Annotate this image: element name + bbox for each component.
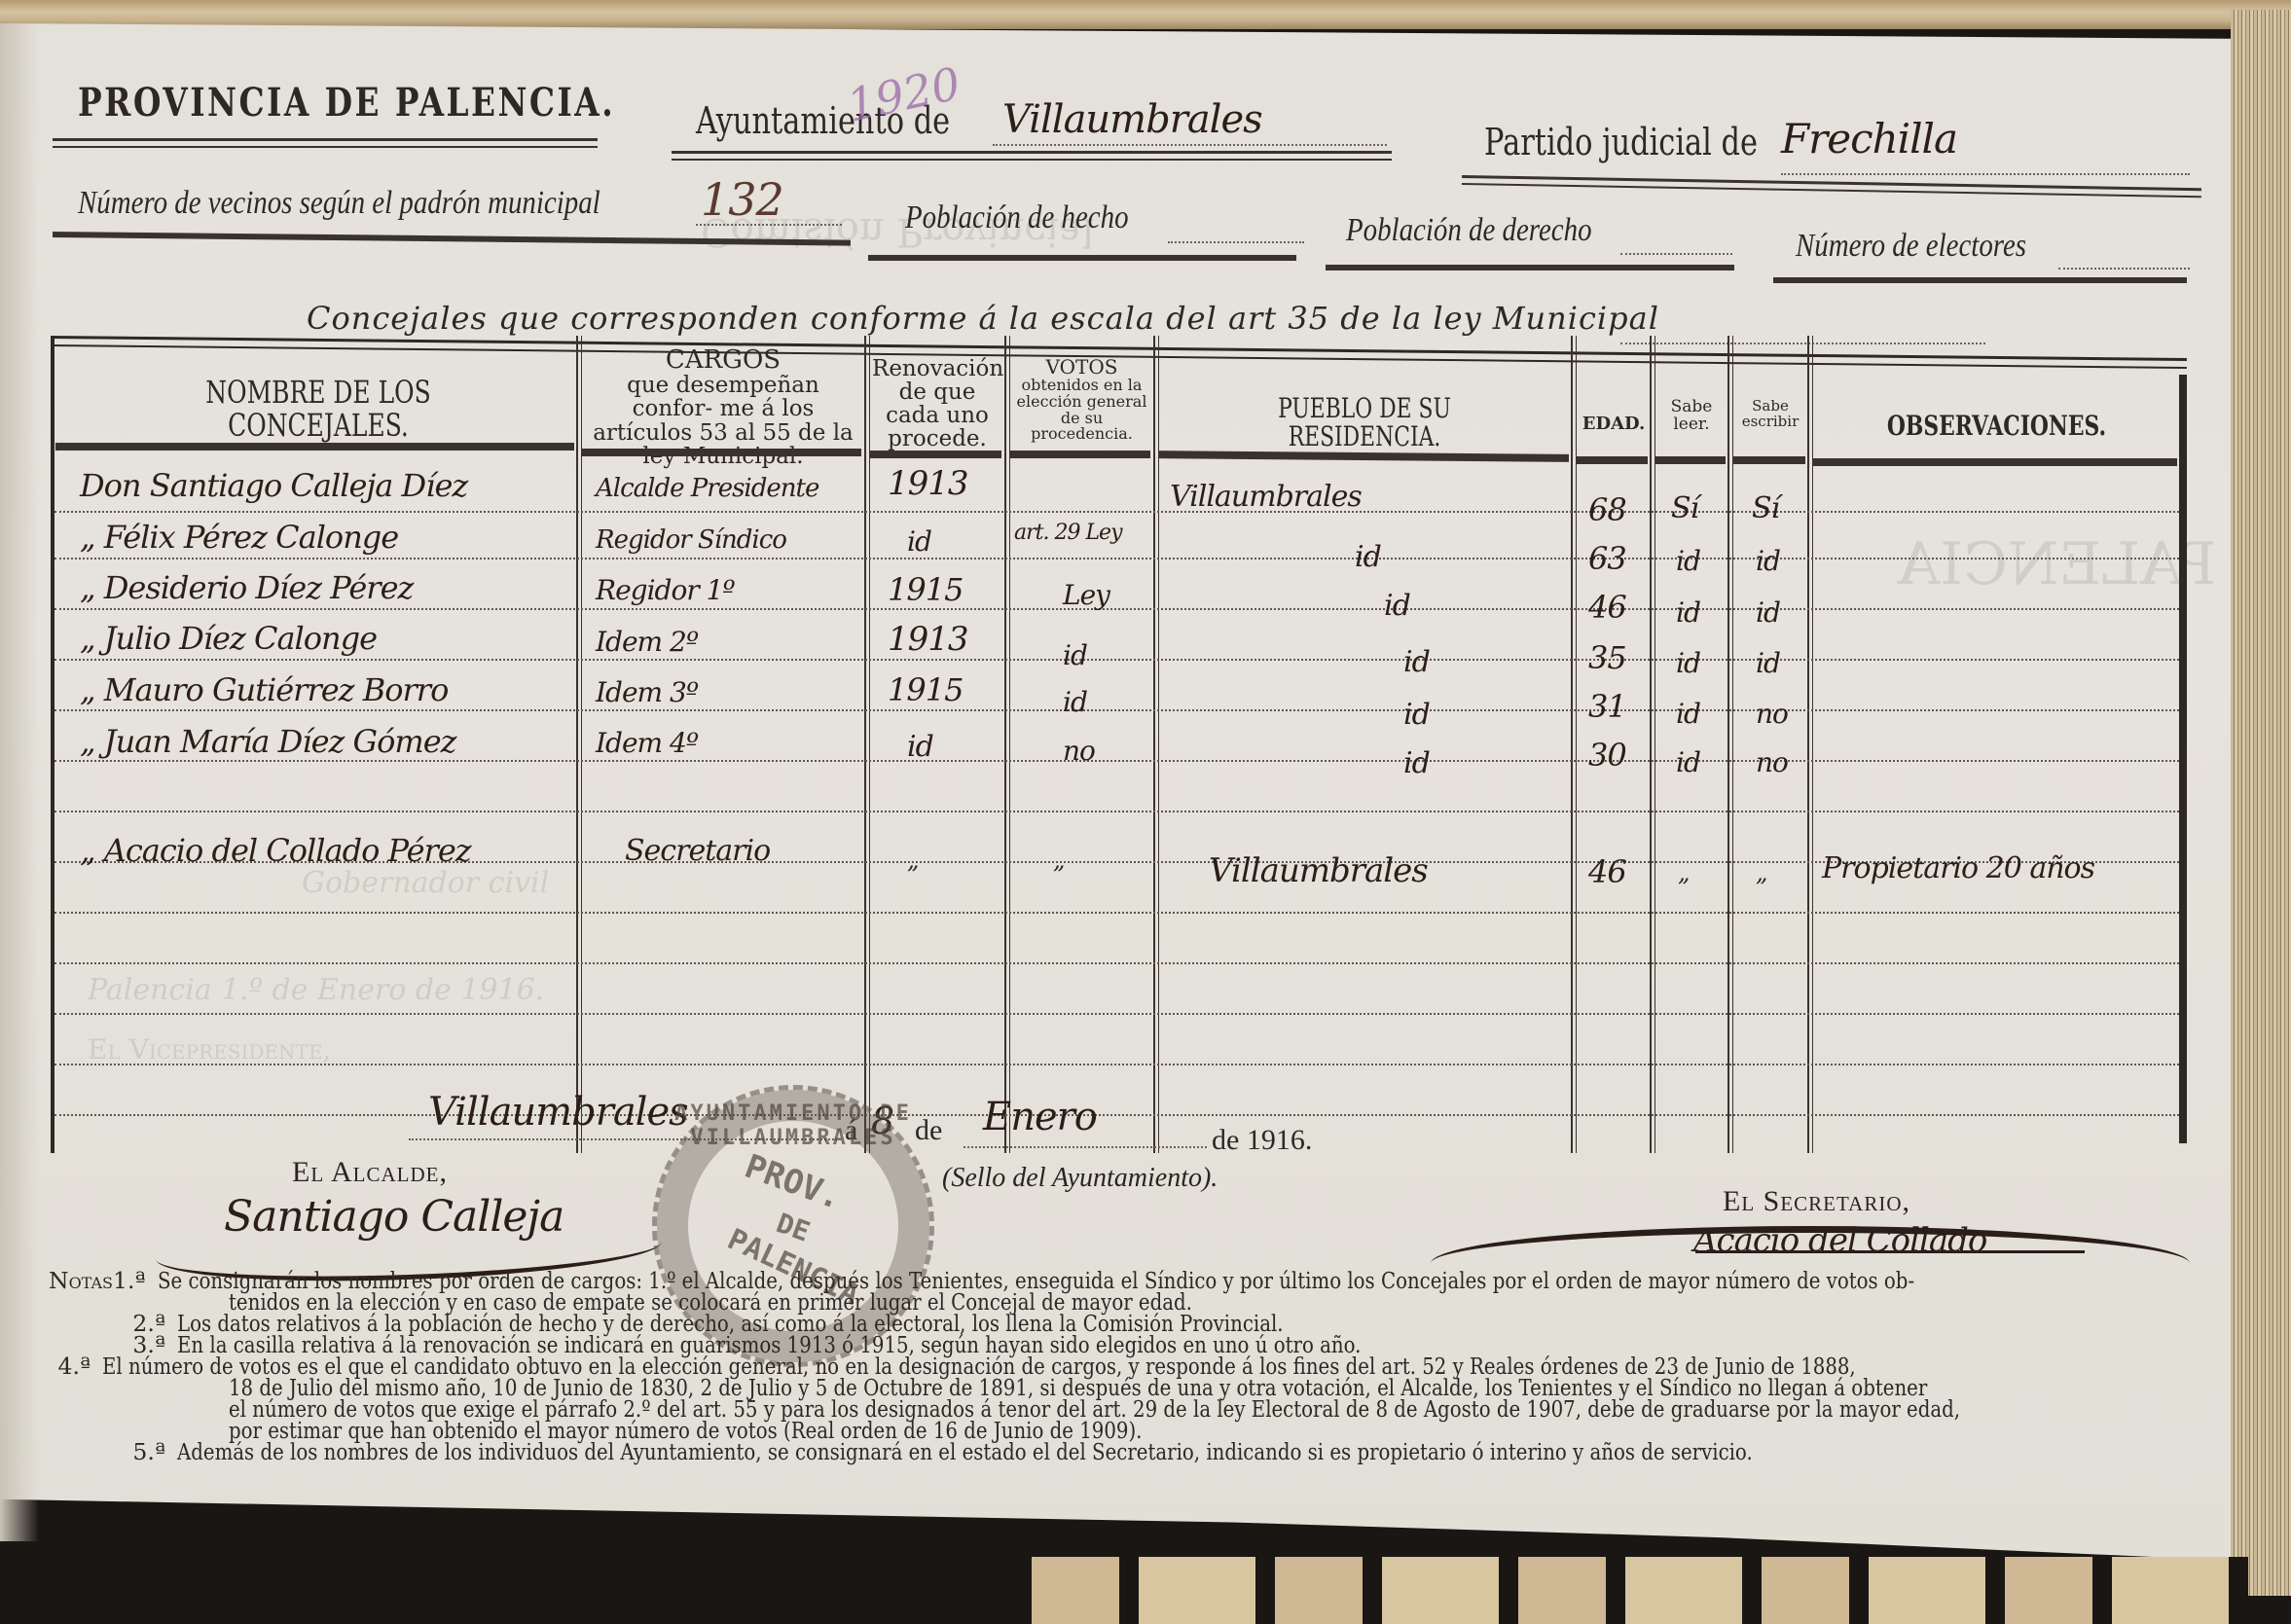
cell-leer: id [1676,746,1700,778]
cell-edad: 46 [1588,589,1626,626]
header-rule [868,255,1296,261]
row-divider [55,912,2179,914]
notes-label: Notas [49,1270,113,1291]
row-divider [55,811,2179,812]
month-dotted-line [964,1146,1207,1148]
note-number: 4.ª [58,1355,103,1377]
header-edad: EDAD. [1579,415,1649,434]
cell-nombre: „ Julio Díez Calonge [80,620,377,657]
alcalde-label: El Alcalde, [292,1156,448,1189]
header-rule [672,151,1392,161]
header-underline [1010,451,1150,458]
header-votos: VOTOS obtenidos en la elección general d… [1012,357,1151,443]
header-rule [1773,277,2187,283]
row-divider [55,962,2179,964]
partido-value: Frechilla [1781,115,1957,162]
header-underline [1576,456,1648,464]
book-page-stack-top [0,0,2291,29]
row-divider [55,608,2179,610]
header-underline [55,443,574,451]
cell-pueblo: id [1403,698,1430,732]
note-number: 1.ª [113,1270,158,1291]
row-divider [55,1064,2179,1065]
electores-dotted-line [2058,268,2190,270]
header-pueblo: PUEBLO DE SU RESIDENCIA. [1205,394,1524,451]
cell-leer: „ [1678,859,1689,886]
cell-leer: id [1676,545,1700,577]
header-observaciones: OBSERVACIONES. [1854,412,2139,440]
ayuntamiento-value: Villaumbrales [1002,97,1262,142]
cell-escribir: id [1756,647,1780,679]
cell-leer: id [1676,596,1700,629]
cell-edad: 35 [1588,639,1626,676]
cell-nombre: Don Santiago Calleja Díez [80,467,467,504]
cell-edad: 46 [1588,853,1626,890]
cell-edad: 63 [1588,540,1626,577]
header-votos-sub: obtenidos en la elección general de su p… [1012,378,1151,443]
cell-leer: id [1676,698,1700,730]
cell-cargo: Regidor Síndico [596,525,786,555]
header-underline [1732,456,1805,464]
partido-label: Partido judicial de [1484,121,1758,163]
cell-escribir: Sí [1752,491,1779,525]
header-rule [53,138,598,148]
cell-renovacion: id [907,525,931,558]
footer-place: Villaumbrales [428,1090,688,1135]
cell-pueblo: id [1403,645,1430,679]
seal-caption: (Sello del Ayuntamiento). [942,1163,1218,1194]
cell-votos: id [1063,686,1087,718]
cell-nombre: „ Desiderio Díez Pérez [80,569,413,606]
cell-pueblo: id [1384,589,1410,623]
cell-nombre: „ Félix Pérez Calonge [80,519,398,556]
cell-cargo: Secretario [625,834,770,868]
cell-cargo: Idem 3º [596,676,698,708]
cell-votos: id [1063,639,1087,671]
cell-escribir: id [1756,545,1780,577]
cell-edad: 30 [1588,737,1626,774]
ayuntamiento-dotted-line [993,144,1387,146]
cell-votos: no [1063,735,1095,767]
cell-renovacion: „ [907,847,918,874]
row-divider [55,1013,2179,1015]
cell-votos: Ley [1063,579,1109,611]
partido-dotted-line [1781,173,2190,175]
note-5: 5.ª Además de los nombres de los individ… [49,1441,2190,1462]
vecinos-label: Número de vecinos según el padrón munici… [78,185,600,222]
cell-edad: 68 [1588,491,1626,528]
cell-pueblo: Villaumbrales [1209,851,1428,890]
header-sabe-escribir: Sabe escribir [1734,399,1806,430]
notes-section: Notas 1.ª Se consignarán los nombres por… [49,1270,2190,1462]
note-text: Además de los nombres de los individuos … [177,1441,1753,1462]
cell-renovacion: 1913 [888,464,968,503]
cell-cargo: Idem 2º [596,626,698,658]
cell-leer: id [1676,647,1700,679]
electores-label: Número de electores [1796,228,2026,265]
cell-pueblo: Villaumbrales [1170,480,1362,514]
vecinos-dotted-line [696,224,842,226]
poblacion-hecho-label: Población de hecho [905,199,1129,236]
cell-escribir: no [1756,746,1788,778]
row-divider [55,511,2179,513]
book-page-stack-edge [2231,10,2291,1596]
cell-cargo: Regidor 1º [596,574,735,606]
cell-votos: „ [1053,847,1064,874]
section-title: Concejales que corresponden conforme á l… [307,300,1659,337]
row-divider [55,1114,2179,1116]
cell-pueblo: id [1355,540,1381,574]
header-nombre: NOMBRE DE LOS CONCEJALES. [117,377,519,442]
torn-page-edges [1032,1557,2248,1624]
column-divider [1004,336,1010,1153]
cell-escribir: no [1756,698,1788,730]
column-divider [576,336,582,1153]
column-divider [864,336,870,1153]
footer-month: Enero [983,1095,1097,1139]
cell-edad: 31 [1588,688,1626,725]
cell-cargo: Idem 4º [596,727,698,759]
poblacion-hecho-dotted-line [1168,241,1304,243]
cell-renovacion: id [907,730,933,764]
header-underline [1812,458,2177,466]
cell-nombre: „ Mauro Gutiérrez Borro [80,671,448,708]
cell-nombre: „ Juan María Díez Gómez [80,723,456,760]
secretario-label: El Secretario, [1723,1185,1910,1218]
header-rule [1326,265,1734,271]
cell-observaciones: Propietario 20 años [1822,851,2094,885]
vecinos-value: 132 [701,173,783,226]
row-divider [55,760,2179,762]
table-right-border [2179,375,2187,1143]
header-underline [1655,456,1726,464]
header-underline [581,449,861,456]
cell-escribir: „ [1756,859,1766,886]
row-divider [55,709,2179,711]
concejales-table: NOMBRE DE LOS CONCEJALES. CARGOS que des… [51,336,2187,1153]
footer-year: de 1916. [1212,1124,1312,1157]
cell-renovacion: 1915 [888,671,963,708]
header-underline [1158,451,1569,462]
page-gutter-shadow [0,23,39,1541]
table-left-border [51,336,55,1153]
header-cargos-title: CARGOS [584,347,862,374]
cell-renovacion: 1915 [888,571,963,608]
cell-nombre: „ Acacio del Collado Pérez [80,832,471,869]
poblacion-derecho-dotted-line [1620,253,1732,255]
province-heading: PROVINCIA DE PALENCIA. [78,80,615,126]
header-votos-title: VOTOS [1012,357,1151,378]
note-number: 5.ª [122,1441,177,1462]
row-divider [55,558,2179,559]
header-underline [870,451,1001,458]
cell-votos: art. 29 Ley [1014,521,1122,545]
row-divider [55,659,2179,661]
cell-escribir: id [1756,596,1780,629]
poblacion-derecho-label: Población de derecho [1346,212,1592,249]
cell-pueblo: id [1403,746,1430,780]
header-renovacion: Renovación de que cada uno procede. [872,357,1002,451]
cell-renovacion: 1913 [888,620,968,659]
header-sabe-leer: Sabe leer. [1656,399,1727,434]
cell-cargo: Alcalde Presidente [596,474,818,503]
cell-leer: Sí [1671,491,1698,525]
